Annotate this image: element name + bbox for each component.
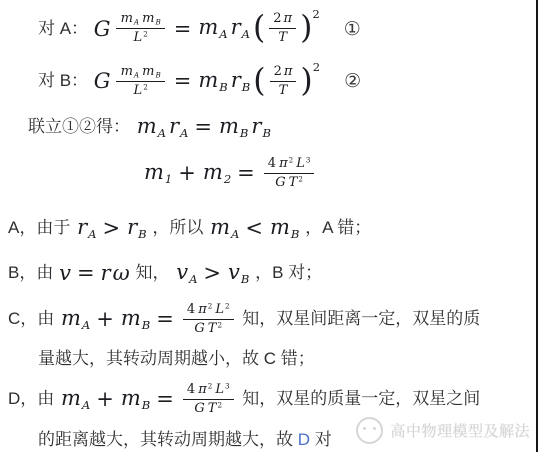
math-subscript: B <box>142 398 151 412</box>
math-var-with-superscript: L3 <box>295 156 310 172</box>
equation-line-star-a: 对 A： GmAmBL2=mArA(2πT)2① <box>0 2 540 55</box>
text-run: 对 B： <box>38 70 93 91</box>
text-run: 的距离越大，其转动周期越大，故 <box>38 429 298 450</box>
math-var-with-subscript: m2 <box>202 160 231 186</box>
math-var: v <box>176 260 188 284</box>
math-var-with-superscript: T2 <box>207 401 222 417</box>
fraction-denominator: L2 <box>116 82 165 99</box>
math-subscript: A <box>134 18 139 27</box>
math-subscript: 1 <box>165 172 172 186</box>
math-var: m <box>142 11 154 26</box>
math-subscript: A <box>189 272 197 286</box>
math-var: T <box>208 401 217 416</box>
text-run: 对 A： <box>38 18 93 39</box>
math-subscript: 2 <box>224 172 231 186</box>
fraction-denominator: GT2 <box>264 174 315 191</box>
text-run: 对 <box>310 429 332 450</box>
math-var: m <box>61 386 81 410</box>
math-operator: = <box>174 17 192 41</box>
math-var-with-superscript: T2 <box>288 175 303 191</box>
math-var: π <box>198 382 207 397</box>
fraction-denominator: GT2 <box>183 400 234 417</box>
math-var: m <box>219 114 239 138</box>
math-subscript: B <box>155 18 160 27</box>
math-var-with-subscript: mB <box>141 11 161 27</box>
close-paren: ) <box>300 67 312 95</box>
math-var-with-subscript: mA <box>60 386 90 412</box>
math-var-with-superscript: T2 <box>207 321 222 337</box>
open-paren: ( <box>253 14 265 42</box>
math-superscript: 2 <box>217 320 222 329</box>
math-var: m <box>203 160 223 184</box>
math-var-with-subscript: mA <box>120 64 140 80</box>
math-var: r <box>251 114 261 138</box>
math-var: T <box>279 83 288 98</box>
math-subscript: B <box>262 126 271 140</box>
fraction-numerator: 2π <box>270 64 297 82</box>
text-run: D <box>298 429 310 450</box>
math-var: m <box>198 15 218 39</box>
math-subscript: B <box>240 126 249 140</box>
fraction-numerator: mAmB <box>116 11 165 29</box>
text-run: C，由 <box>8 308 59 329</box>
math-var-with-subscript: rA <box>230 15 250 41</box>
math-superscript: 2 <box>208 301 213 310</box>
fraction-denominator: T <box>269 29 296 46</box>
math-var: r <box>127 215 137 239</box>
math-var: r <box>231 15 241 39</box>
math-operator: + <box>96 387 114 411</box>
math-var: r <box>101 261 111 285</box>
text-run: ，B 对； <box>250 262 322 283</box>
math-var-with-superscript: π2 <box>197 302 212 318</box>
math-subscript: A <box>180 126 188 140</box>
math-subscript: A <box>82 318 90 332</box>
math-subscript: B <box>241 272 250 286</box>
frame-right-border <box>536 0 538 452</box>
math-superscript: 3 <box>306 155 311 164</box>
math-var: r <box>169 114 179 138</box>
math-subscript: B <box>142 318 151 332</box>
math-operator: = <box>237 161 255 185</box>
math-operator: < <box>245 216 263 240</box>
math-operator: > <box>102 216 120 240</box>
math-var: π <box>284 11 293 26</box>
fraction-numerator: 2π <box>269 11 296 29</box>
math-var-with-subscript: mB <box>120 386 150 412</box>
math-var: m <box>144 160 164 184</box>
math-var-with-superscript: π2 <box>197 382 212 398</box>
solution-content: 对 A： GmAmBL2=mArA(2πT)2① 对 B： GmAmBL2=mB… <box>0 0 540 452</box>
math-superscript: 2 <box>313 60 320 74</box>
math-var: ω <box>113 261 130 285</box>
math-superscript: 2 <box>298 174 303 183</box>
math-var: m <box>137 114 157 138</box>
math-var: m <box>142 64 154 79</box>
math-var: r <box>231 68 241 92</box>
close-paren: ) <box>300 14 312 42</box>
math-operator: > <box>203 261 221 285</box>
text-run: ，所以 <box>148 217 208 238</box>
paren-inner: 2πT <box>265 11 300 46</box>
math-var-with-superscript: L2 <box>214 302 229 318</box>
text-run: 联立①②得： <box>28 116 135 137</box>
math-superscript: 3 <box>225 381 230 390</box>
math-var: r <box>77 215 87 239</box>
math-var: m <box>210 215 230 239</box>
math-var-with-subscript: rA <box>168 114 188 140</box>
math-subscript: A <box>134 70 139 79</box>
math-var: G <box>94 69 111 93</box>
math-var: m <box>198 68 218 92</box>
math-paren-power: (2πT)2 <box>253 11 320 46</box>
math-subscript: A <box>219 28 227 42</box>
math-var: G <box>194 321 204 336</box>
math-var: L <box>134 30 143 45</box>
answer-line-a: A，由于 rA>rB ，所以 mA<mB ，A 错； <box>0 205 540 251</box>
math-var: G <box>194 401 204 416</box>
math-var-with-subscript: mB <box>218 114 248 140</box>
math-var: m <box>121 64 133 79</box>
math-fraction: 4π2L2GT2 <box>183 302 234 337</box>
text-run: 量越大，其转动周期越小，故 C 错； <box>38 348 315 369</box>
math-var-with-superscript: L2 <box>133 83 148 99</box>
math-var: v <box>59 261 71 285</box>
math-fraction: mAmBL2 <box>116 11 165 46</box>
math-subscript: A <box>82 398 90 412</box>
answer-line-d-1: D，由 mA+mB=4π2L3GT2 知，双星的质量一定，双星之间 <box>0 375 540 423</box>
math-var-with-subscript: mA <box>60 306 90 332</box>
text-run: B，由 <box>8 262 58 283</box>
math-num: 4 <box>187 382 195 397</box>
math-fraction: 4π2L3GT2 <box>264 156 315 191</box>
math-var-with-subscript: mB <box>120 306 150 332</box>
math-var-with-superscript: L3 <box>214 382 229 398</box>
math-var-with-subscript: mA <box>209 215 239 241</box>
equation-number: ② <box>344 70 361 92</box>
math-operator: = <box>156 387 174 411</box>
math-paren-power: (2πT)2 <box>253 64 320 99</box>
math-operator: + <box>96 307 114 331</box>
fraction-numerator: mAmB <box>116 64 165 82</box>
watermark-face-icon <box>356 417 383 444</box>
math-var: π <box>279 156 288 171</box>
text-run: ，A 错； <box>300 217 371 238</box>
text-run: D，由 <box>8 388 59 409</box>
open-paren: ( <box>253 67 265 95</box>
math-superscript: 2 <box>143 82 148 91</box>
math-var: L <box>134 83 143 98</box>
math-superscript: 2 <box>289 155 294 164</box>
math-var: v <box>228 260 240 284</box>
math-subscript: A <box>231 227 239 241</box>
fraction-denominator: GT2 <box>183 320 234 337</box>
math-var-with-superscript: π2 <box>278 156 293 172</box>
fraction-denominator: T <box>270 82 297 99</box>
math-superscript: 2 <box>208 381 213 390</box>
equation-number: ① <box>344 18 361 40</box>
math-superscript: 2 <box>143 29 148 38</box>
math-operator: = <box>77 261 95 285</box>
math-var: G <box>94 17 111 41</box>
math-fraction: 2πT <box>270 64 297 99</box>
math-subscript: B <box>219 80 228 94</box>
math-var: T <box>208 321 217 336</box>
answer-line-c-1: C，由 mA+mB=4π2L2GT2 知，双星间距离一定，双星的质 <box>0 295 540 343</box>
math-subscript: A <box>158 126 166 140</box>
math-var-with-subscript: mB <box>197 68 227 94</box>
equation-line-total-mass: m1+m2=4π2L3GT2 <box>0 147 540 199</box>
math-var-with-subscript: rB <box>126 215 147 241</box>
math-var-with-subscript: rB <box>230 68 251 94</box>
fraction-denominator: L2 <box>116 29 165 46</box>
math-var-with-subscript: mA <box>197 15 227 41</box>
math-var: π <box>284 64 293 79</box>
answer-line-b: B，由 v=rω 知， vA>vB ，B 对； <box>0 251 540 295</box>
math-num: 4 <box>268 156 276 171</box>
math-var: π <box>198 302 207 317</box>
fraction-numerator: 4π2L3 <box>264 156 315 174</box>
math-fraction: 4π2L3GT2 <box>183 382 234 417</box>
math-var-with-subscript: mA <box>120 11 140 27</box>
math-var-with-subscript: rA <box>76 215 96 241</box>
math-superscript: 2 <box>225 301 230 310</box>
math-subscript: B <box>291 227 300 241</box>
math-var: m <box>121 386 141 410</box>
math-operator: = <box>174 69 192 93</box>
math-num: 2 <box>274 64 282 79</box>
math-var-with-subscript: mB <box>269 215 299 241</box>
math-operator: + <box>178 161 196 185</box>
text-run: 知，双星的质量一定，双星之间 <box>238 388 481 409</box>
math-subscript: A <box>242 28 250 42</box>
math-var-with-subscript: rB <box>250 114 271 140</box>
math-var: T <box>289 175 298 190</box>
math-num: 2 <box>273 11 281 26</box>
text-run: 知， <box>131 262 174 283</box>
math-var: L <box>215 382 224 397</box>
math-superscript: 2 <box>312 7 319 21</box>
equation-line-combined: 联立①②得： mArA=mBrB <box>0 107 540 147</box>
paren-inner: 2πT <box>266 64 301 99</box>
math-fraction: mAmBL2 <box>116 64 165 99</box>
math-superscript: 2 <box>217 400 222 409</box>
solution-page: 对 A： GmAmBL2=mArA(2πT)2① 对 B： GmAmBL2=mB… <box>0 0 540 452</box>
math-var: m <box>121 306 141 330</box>
math-subscript: B <box>242 80 251 94</box>
math-subscript: B <box>138 227 147 241</box>
math-operator: = <box>194 115 212 139</box>
equation-line-star-b: 对 B： GmAmBL2=mBrB(2πT)2② <box>0 55 540 107</box>
math-var: m <box>270 215 290 239</box>
fraction-numerator: 4π2L3 <box>183 382 234 400</box>
text-run: 知，双星间距离一定，双星的质 <box>238 308 481 329</box>
watermark-text: 高中物理模型及解法 <box>390 420 530 441</box>
answer-line-c-2: 量越大，其转动周期越小，故 C 错； <box>0 343 540 375</box>
math-var-with-subscript: mB <box>141 64 161 80</box>
math-var: G <box>275 175 285 190</box>
math-var-with-subscript: vB <box>227 260 249 286</box>
math-var: m <box>61 306 81 330</box>
watermark: 高中物理模型及解法 <box>356 417 530 444</box>
math-var: L <box>296 156 305 171</box>
math-var-with-subscript: m1 <box>143 160 172 186</box>
math-var: L <box>215 302 224 317</box>
math-fraction: 2πT <box>269 11 296 46</box>
math-var: m <box>121 11 133 26</box>
math-var-with-subscript: mA <box>136 114 166 140</box>
fraction-numerator: 4π2L2 <box>183 302 234 320</box>
math-var: T <box>278 30 287 45</box>
math-var-with-superscript: L2 <box>133 30 148 46</box>
math-var-with-subscript: vA <box>175 260 197 286</box>
math-subscript: A <box>88 227 96 241</box>
math-operator: = <box>156 307 174 331</box>
math-subscript: B <box>155 70 160 79</box>
text-run: A，由于 <box>8 217 75 238</box>
math-num: 4 <box>187 302 195 317</box>
